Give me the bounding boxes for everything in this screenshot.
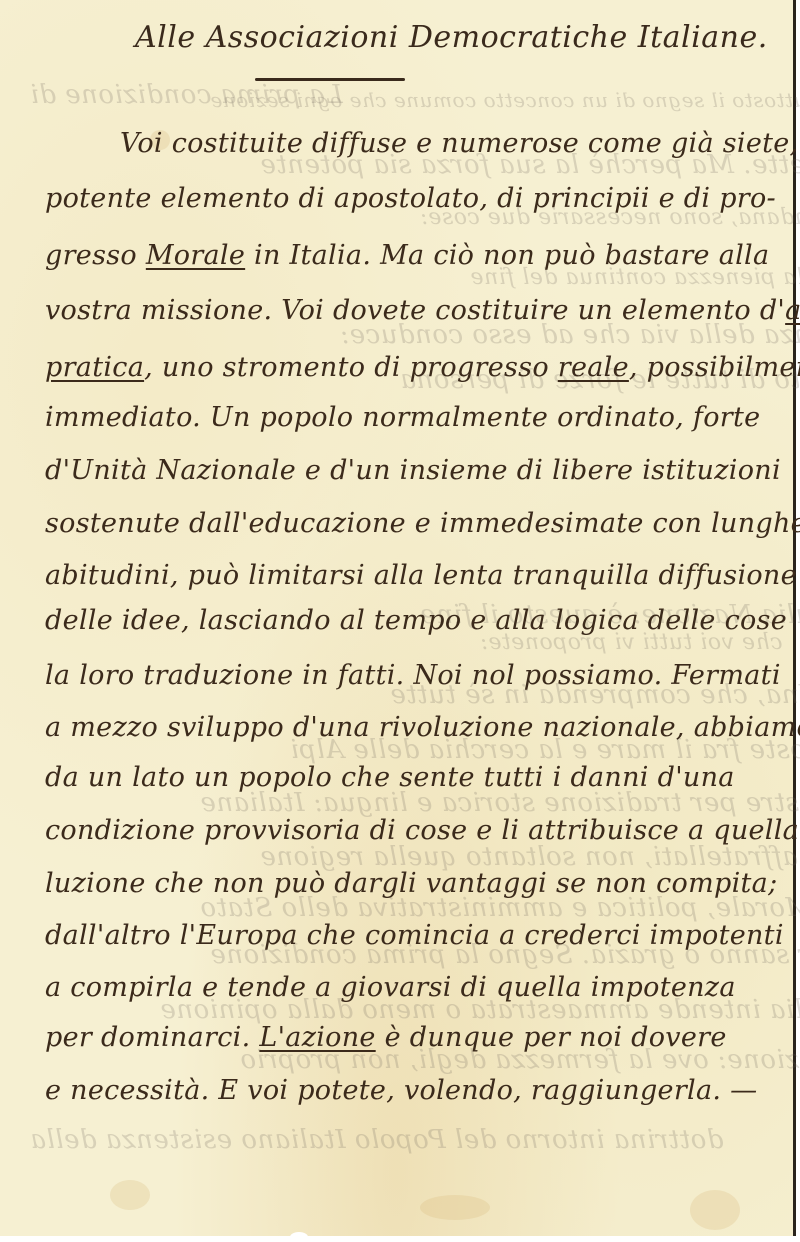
manuscript-page: La prima condizione di piuttosto il segn… (0, 0, 796, 1236)
text-line-14: condizione provvisoria di cose e li attr… (45, 815, 800, 846)
text-line-4: vostra missione. Voi dovete costituire u… (45, 295, 800, 326)
text-line-19: e necessità. E voi potete, volendo, ragg… (45, 1075, 757, 1106)
line-4-pre: vostra missione. Voi dovete costituire u… (45, 295, 785, 326)
underlined-word-reale: reale (558, 352, 629, 383)
line-18-pre: per dominarci. (45, 1022, 259, 1053)
paper-stain (690, 1190, 740, 1230)
title-underline (255, 78, 405, 81)
text-line-7: d'Unità Nazionale e d'un insieme di libe… (45, 455, 781, 486)
text-line-16: dall'altro l'Europa che comincia a crede… (45, 920, 784, 951)
text-line-10: delle idee, lasciando al tempo e alla lo… (45, 605, 787, 636)
line-3-pre: gresso (45, 240, 146, 271)
text-line-5: pratica, uno stromento di progresso real… (45, 352, 800, 383)
text-line-8: sostenute dall'educazione e immedesimate… (45, 508, 800, 539)
paper-stain (110, 1180, 150, 1210)
underlined-word-lazione: L'azione (259, 1022, 375, 1053)
underlined-word-azione: azione (785, 295, 800, 326)
line-18-post: è dunque per noi dovere (376, 1022, 727, 1053)
text-line-13: da un lato un popolo che sente tutti i d… (45, 762, 735, 793)
line-3-post: in Italia. Ma ciò non può bastare alla (245, 240, 769, 271)
text-line-17: a compirla e tende a giovarsi di quella … (45, 972, 736, 1003)
line-5-mid: , uno stromento di progresso (144, 352, 558, 383)
letter-title: Alle Associazioni Democratiche Italiane. (135, 20, 768, 55)
text-line-2: potente elemento di apostolato, di princ… (45, 183, 776, 214)
page-notch (290, 1232, 308, 1242)
text-line-1: Voi costituite diffuse e numerose come g… (120, 128, 800, 159)
paper-stain (420, 1195, 490, 1220)
bleed-through-text: dottrina intorno del Popolo Italiano esi… (30, 1125, 724, 1155)
text-line-15: luzione che non può dargli vantaggi se n… (45, 868, 777, 899)
text-line-9: abitudini, può limitarsi alla lenta tran… (45, 560, 797, 591)
text-line-18: per dominarci. L'azione è dunque per noi… (45, 1022, 727, 1053)
text-line-3: gresso Morale in Italia. Ma ciò non può … (45, 240, 769, 271)
text-line-11: la loro traduzione in fatti. Noi nol pos… (45, 660, 781, 691)
text-line-12: a mezzo sviluppo d'una rivoluzione nazio… (45, 712, 800, 743)
line-5-post: , possibilmente (629, 352, 800, 383)
underlined-word-morale: Morale (146, 240, 245, 271)
text-line-6: immediato. Un popolo normalmente ordinat… (45, 402, 760, 433)
underlined-word-pratica: pratica (45, 352, 144, 383)
bleed-through-text: piuttosto il segno di un concetto comune… (210, 88, 800, 112)
